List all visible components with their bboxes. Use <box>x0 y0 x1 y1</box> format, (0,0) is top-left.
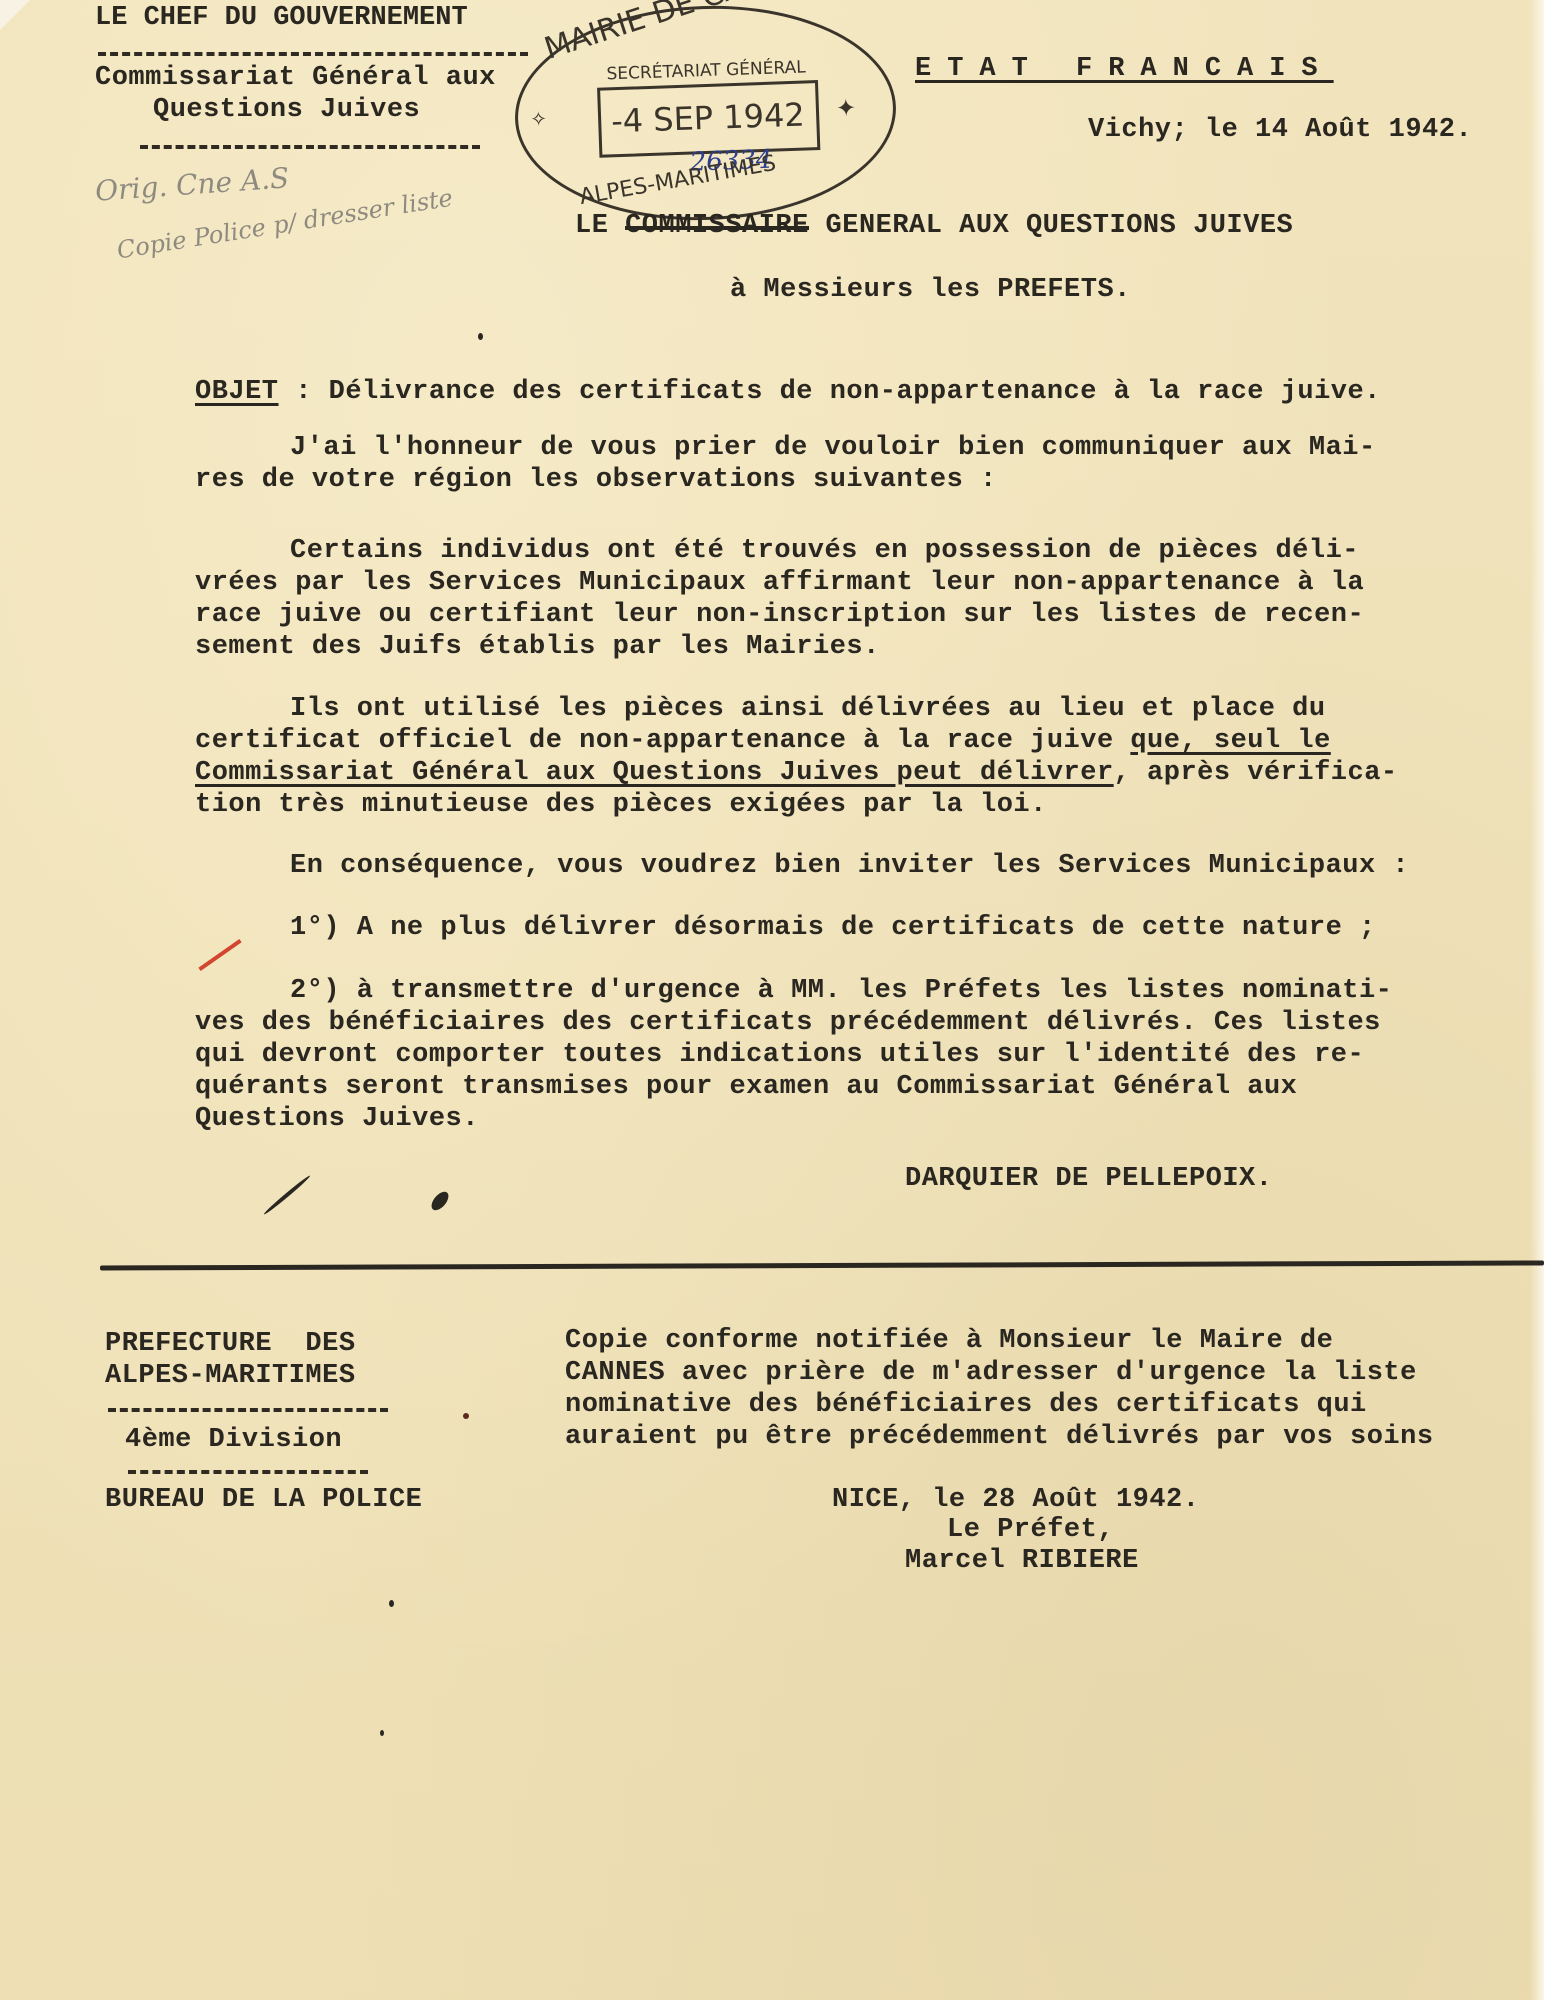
paper-speck <box>380 1730 384 1736</box>
subject-line: OBJET : Délivrance des certificats de no… <box>195 376 1381 409</box>
prefect-title: Le Préfet, <box>947 1514 1114 1547</box>
letterhead-line3: Questions Juives <box>153 94 420 127</box>
item2-line3: qui devront comporter toutes indications… <box>195 1039 1364 1072</box>
subject-text: : Délivrance des certificats de non-appa… <box>279 377 1381 407</box>
paper-speck <box>389 1600 394 1607</box>
p3-line3-underlined: Commissariat Général aux Questions Juive… <box>195 758 1114 788</box>
p2-line4: sement des Juifs établis par les Mairies… <box>195 631 880 664</box>
p3-line2-plain: certificat officiel de non-appartenance … <box>195 726 1130 756</box>
recipient-line: à Messieurs les PREFETS. <box>730 274 1131 307</box>
subject-label: OBJET <box>195 377 279 407</box>
paper-edge <box>1530 0 1544 2000</box>
paper-speck <box>463 1413 469 1419</box>
p4-line: En conséquence, vous voudrez bien invite… <box>290 850 1409 883</box>
copy-notice-line1: Copie conforme notifiée à Monsieur le Ma… <box>565 1325 1333 1358</box>
item2-line2: ves des bénéficiaires des certificats pr… <box>195 1007 1381 1040</box>
letterhead-divider-1 <box>98 52 528 56</box>
etat-francais-heading: ETAT FRANCAIS <box>915 53 1334 86</box>
prefecture-line2: ALPES-MARITIMES <box>105 1360 356 1393</box>
p3-line1: Ils ont utilisé les pièces ainsi délivré… <box>290 693 1326 726</box>
prefect-name: Marcel RIBIERE <box>905 1545 1139 1578</box>
sender-title-rest: GENERAL AUX QUESTIONS JUIVES <box>809 211 1293 241</box>
folded-corner <box>0 0 30 30</box>
letterhead-divider-2 <box>140 145 480 149</box>
place-date: Vichy; le 14 Août 1942. <box>1088 114 1472 147</box>
stamp-star-right: ✦ <box>835 94 856 123</box>
stamp-subtitle: SECRÉTARIAT GÉNÉRAL <box>606 57 806 84</box>
letterhead-line2: Commissariat Général aux <box>95 62 496 95</box>
p3-line2-underlined: que, seul le <box>1130 726 1330 756</box>
prefecture-divider-2 <box>128 1470 368 1474</box>
item2-line5: Questions Juives. <box>195 1103 479 1136</box>
p3-line2: certificat officiel de non-appartenance … <box>195 725 1331 758</box>
p3-line4: tion très minutieuse des pièces exigées … <box>195 789 1047 822</box>
p1-line1: J'ai l'honneur de vous prier de vouloir … <box>290 432 1376 465</box>
stamp-star-left: ✧ <box>530 107 548 132</box>
item2-line1: 2°) à transmettre d'urgence à MM. les Pr… <box>290 975 1392 1008</box>
letterhead-line1: LE CHEF DU GOUVERNEMENT <box>95 2 468 35</box>
signature-darquier: DARQUIER DE PELLEPOIX. <box>905 1163 1272 1196</box>
nice-place-date: NICE, le 28 Août 1942. <box>832 1484 1199 1517</box>
p2-line3: race juive ou certifiant leur non-inscri… <box>195 599 1364 632</box>
p2-line1: Certains individus ont été trouvés en po… <box>290 535 1359 568</box>
item2-line4: quérants seront transmises pour examen a… <box>195 1071 1297 1104</box>
sender-title-prefix: LE <box>575 211 625 241</box>
copy-notice-line2: CANNES avec prière de m'adresser d'urgen… <box>565 1357 1417 1390</box>
sender-title: LE COMMISSAIRE GENERAL AUX QUESTIONS JUI… <box>575 210 1293 243</box>
copy-notice-line4: auraient pu être précédemment délivrés p… <box>565 1421 1434 1454</box>
p2-line2: vrées par les Services Municipaux affirm… <box>195 567 1364 600</box>
prefecture-bureau: BUREAU DE LA POLICE <box>105 1484 422 1517</box>
prefecture-divider-1 <box>108 1408 388 1412</box>
p3-line3: Commissariat Général aux Questions Juive… <box>195 757 1398 790</box>
prefecture-line1: PREFECTURE DES <box>105 1328 356 1361</box>
p3-line3-plain: , après vérifica- <box>1114 758 1398 788</box>
sender-title-struck: COMMISSAIRE <box>625 211 809 241</box>
p1-line2: res de votre région les observations sui… <box>195 464 997 497</box>
stamp-date: -4 SEP 1942 <box>611 96 806 141</box>
copy-notice-line3: nominative des bénéficiaires des certifi… <box>565 1389 1367 1422</box>
paper-speck <box>478 333 483 340</box>
stamp-bottom-text: ALPES-MARITIMES <box>578 151 778 210</box>
item-1: 1°) A ne plus délivrer désormais de cert… <box>290 912 1376 945</box>
prefecture-division: 4ème Division <box>125 1424 342 1457</box>
